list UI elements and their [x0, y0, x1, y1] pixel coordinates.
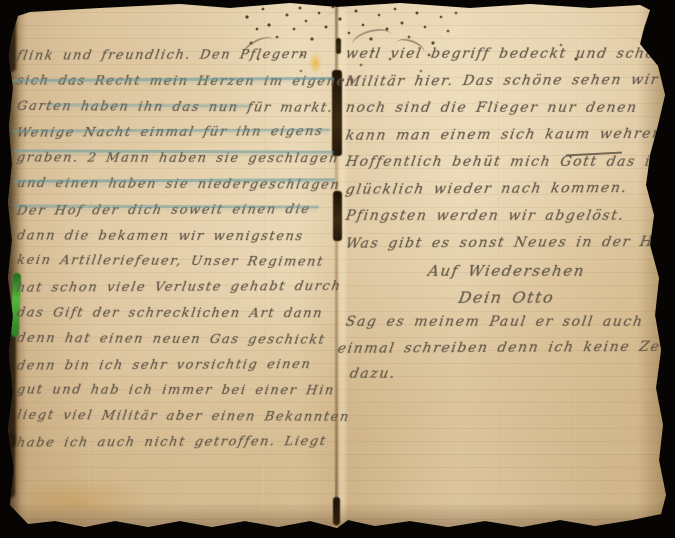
handwritten-line: flink und freundlich. Den Pflegern: [14, 47, 337, 74]
left-page: flink und freundlich. Den Pflegern sich …: [16, 48, 334, 461]
handwritten-line: gut und hab ich immer bei einer Hin: [14, 383, 336, 410]
handwritten-line: das Gift der schrecklichen Art dann: [14, 306, 336, 333]
handwritten-line: Pfingsten werden wir abgelöst.: [343, 208, 669, 235]
handwritten-line: Was gibt es sonst Neues in der Heimat: [343, 234, 670, 263]
handwritten-line: liegt viel Militär aber einen Bekannten: [14, 408, 336, 436]
handwritten-line: noch sind die Flieger nur denen: [343, 100, 669, 127]
handwritten-line: Militär hier. Das schöne sehen wir hier: [343, 72, 670, 101]
right-page: weil viel begriff bedeckt und schönes Mi…: [345, 46, 667, 392]
letter-paper: flink und freundlich. Den Pflegern sich …: [0, 0, 675, 538]
handwritten-line: weil viel begriff bedeckt und schönes: [343, 46, 669, 73]
postscript: Sag es meinem Paul er soll auch einmal s…: [345, 314, 667, 392]
yellow-stain: [651, 10, 660, 22]
handwritten-line: dann die bekamen wir wenigstens: [14, 228, 336, 255]
handwritten-line: graben. 2 Mann haben sie geschlagen: [14, 151, 336, 178]
ink-speckles: [0, 0, 2, 2]
signature: Dein Otto: [343, 288, 669, 314]
horizontal-crease: [345, 452, 659, 454]
edge-dark-blob: [6, 432, 15, 498]
postscript-line: einmal schreiben denn ich keine Zeit: [335, 339, 670, 367]
handwritten-line: denn hat einen neuen Gas geschickt: [14, 331, 336, 359]
handwritten-line: Hoffentlich behüt mich Gott das ich: [343, 154, 669, 181]
postscript-line: dazu.: [347, 366, 669, 392]
closing-line: Auf Wiedersehen: [343, 262, 669, 288]
handwritten-line: denn bin ich sehr vorsichtig einen: [14, 357, 337, 384]
handwritten-line: kein Artilleriefeuer, Unser Regiment: [14, 253, 336, 281]
postscript-line: Sag es meinem Paul er soll auch: [343, 314, 669, 340]
letter-scan: flink und freundlich. Den Pflegern sich …: [0, 0, 675, 538]
handwritten-line: habe ich auch nicht getroffen. Liegt: [14, 434, 337, 461]
handwritten-line: glücklich wieder nach kommen.: [343, 180, 670, 209]
binding-mark: [336, 38, 341, 54]
bottom-edge-shading: [10, 503, 665, 527]
handwritten-line: hat schon viele Verluste gehabt durch: [14, 279, 337, 306]
